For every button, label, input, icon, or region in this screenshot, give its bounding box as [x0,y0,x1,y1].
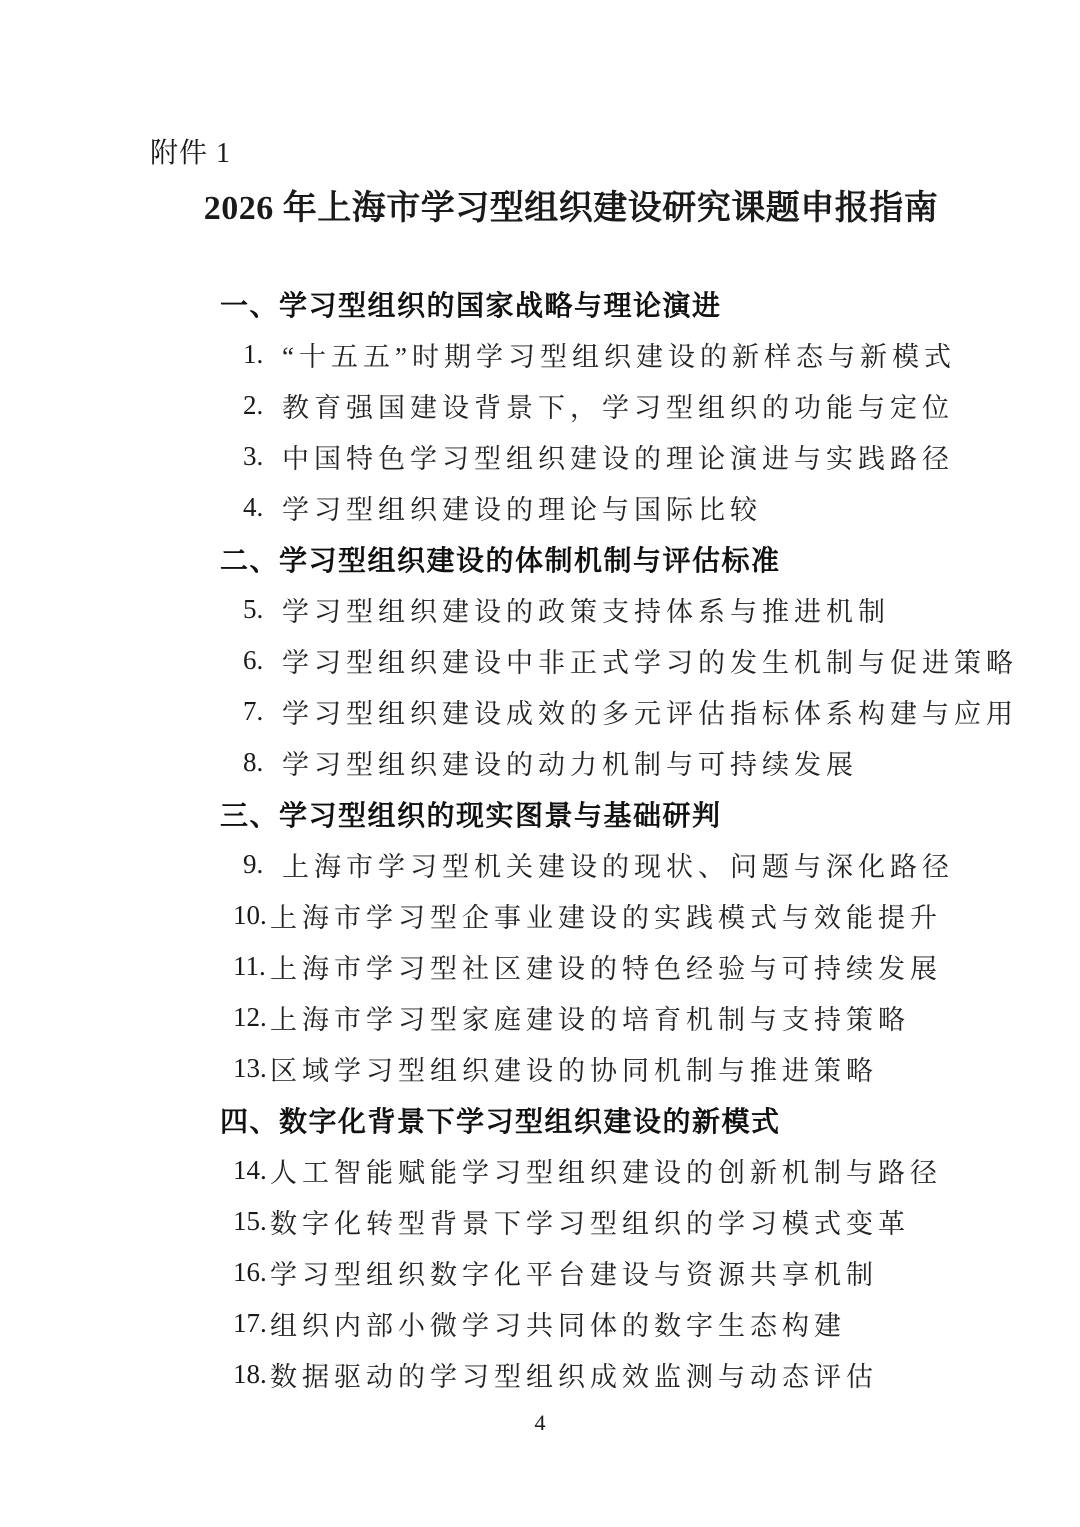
topic-text: 学习型组织建设的理论与国际比较 [282,488,762,527]
topic-item-14: 14.人工智能赋能学习型组织建设的创新机制与路径 [233,1145,992,1196]
topic-outline: 一、学习型组织的国家战略与理论演进 1.“十五五”时期学习型组织建设的新样态与新… [150,278,992,1400]
topic-text: 上海市学习型企事业建设的实践模式与效能提升 [270,896,942,935]
topic-item-9: 9.上海市学习型机关建设的现状、问题与深化路径 [243,839,992,890]
topic-text: 学习型组织建设的动力机制与可持续发展 [282,743,858,782]
topic-number: 9. [243,849,282,880]
topic-text: 学习型组织建设成效的多元评估指标体系构建与应用 [282,692,1018,731]
topic-number: 4. [243,492,282,523]
topic-number: 1. [243,339,282,370]
topic-text: 区域学习型组织建设的协同机制与推进策略 [270,1049,878,1088]
attachment-label: 附件 1 [150,0,992,170]
topic-item-16: 16.学习型组织数字化平台建设与资源共享机制 [233,1247,992,1298]
topic-item-18: 18.数据驱动的学习型组织成效监测与动态评估 [233,1349,992,1400]
topic-text: 中国特色学习型组织建设的理论演进与实践路径 [282,437,954,476]
topic-number: 13. [233,1053,270,1084]
topic-number: 3. [243,441,282,472]
topic-item-5: 5.学习型组织建设的政策支持体系与推进机制 [243,584,992,635]
topic-number: 17. [233,1308,270,1339]
topic-text: 学习型组织建设中非正式学习的发生机制与促进策略 [282,641,1018,680]
topic-item-6: 6.学习型组织建设中非正式学习的发生机制与促进策略 [243,635,992,686]
topic-text: 教育强国建设背景下，学习型组织的功能与定位 [282,386,954,425]
topic-item-1: 1.“十五五”时期学习型组织建设的新样态与新模式 [243,329,992,380]
topic-text: 上海市学习型社区建设的特色经验与可持续发展 [270,947,942,986]
document-content: 附件 1 2026 年上海市学习型组织建设研究课题申报指南 一、学习型组织的国家… [150,0,992,1400]
topic-item-8: 8.学习型组织建设的动力机制与可持续发展 [243,737,992,788]
topic-number: 7. [243,696,282,727]
topic-number: 6. [243,645,282,676]
document-page: 附件 1 2026 年上海市学习型组织建设研究课题申报指南 一、学习型组织的国家… [0,0,1080,1527]
section-heading-4: 四、数字化背景下学习型组织建设的新模式 [220,1094,992,1145]
page-number: 4 [0,1410,1080,1436]
topic-text: 学习型组织建设的政策支持体系与推进机制 [282,590,890,629]
section-heading-3: 三、学习型组织的现实图景与基础研判 [220,788,992,839]
topic-text: 人工智能赋能学习型组织建设的创新机制与路径 [270,1151,942,1190]
section-heading-1: 一、学习型组织的国家战略与理论演进 [220,278,992,329]
section-heading-2: 二、学习型组织建设的体制机制与评估标准 [220,533,992,584]
page-title: 2026 年上海市学习型组织建设研究课题申报指南 [150,186,992,232]
topic-number: 15. [233,1206,270,1237]
topic-item-3: 3.中国特色学习型组织建设的理论演进与实践路径 [243,431,992,482]
topic-text: 组织内部小微学习共同体的数字生态构建 [270,1304,846,1343]
topic-text: 学习型组织数字化平台建设与资源共享机制 [270,1253,878,1292]
topic-item-10: 10.上海市学习型企事业建设的实践模式与效能提升 [233,890,992,941]
topic-number: 12. [233,1002,270,1033]
topic-number: 10. [233,900,270,931]
topic-number: 5. [243,594,282,625]
topic-item-4: 4.学习型组织建设的理论与国际比较 [243,482,992,533]
topic-text: 数字化转型背景下学习型组织的学习模式变革 [270,1202,910,1241]
topic-text: “十五五”时期学习型组织建设的新样态与新模式 [282,335,956,374]
topic-number: 14. [233,1155,270,1186]
topic-item-12: 12.上海市学习型家庭建设的培育机制与支持策略 [233,992,992,1043]
topic-text: 上海市学习型机关建设的现状、问题与深化路径 [282,845,954,884]
topic-number: 11. [233,951,270,982]
topic-number: 8. [243,747,282,778]
topic-item-17: 17.组织内部小微学习共同体的数字生态构建 [233,1298,992,1349]
topic-number: 18. [233,1359,270,1390]
topic-item-13: 13.区域学习型组织建设的协同机制与推进策略 [233,1043,992,1094]
topic-text: 上海市学习型家庭建设的培育机制与支持策略 [270,998,910,1037]
topic-item-7: 7.学习型组织建设成效的多元评估指标体系构建与应用 [243,686,992,737]
topic-item-2: 2.教育强国建设背景下，学习型组织的功能与定位 [243,380,992,431]
topic-text: 数据驱动的学习型组织成效监测与动态评估 [270,1355,878,1394]
topic-number: 16. [233,1257,270,1288]
topic-item-11: 11.上海市学习型社区建设的特色经验与可持续发展 [233,941,992,992]
topic-number: 2. [243,390,282,421]
topic-item-15: 15.数字化转型背景下学习型组织的学习模式变革 [233,1196,992,1247]
